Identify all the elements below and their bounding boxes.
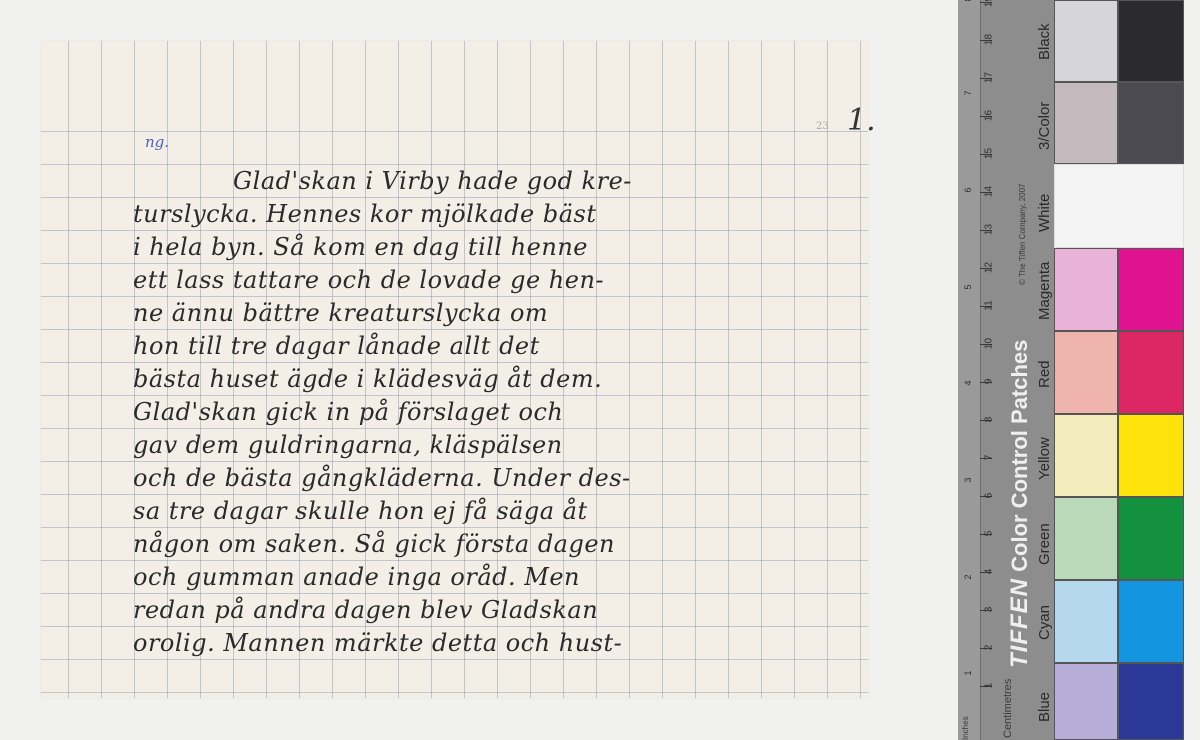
cm-tick-label: 4 <box>984 565 995 579</box>
page-header-area <box>41 41 868 131</box>
handwritten-line: hon till tre dagar lånade allt det <box>133 332 540 360</box>
patch-blue-light <box>1054 663 1118 740</box>
handwritten-line: i hela byn. Så kom en dag till henne <box>133 233 588 261</box>
patch-green-dark <box>1118 497 1184 580</box>
cm-tick-label: 15 <box>984 147 995 161</box>
patch-black-light <box>1054 0 1118 82</box>
cm-tick-label: 6 <box>984 489 995 503</box>
patch-label-blue: Blue <box>1036 692 1053 722</box>
cm-tick-label: 18 <box>984 33 995 47</box>
patch-yellow-dark <box>1118 414 1184 497</box>
handwritten-line: och gumman anade inga oråd. Men <box>133 563 580 591</box>
inch-tick-label: 4 <box>963 377 973 389</box>
patch-label-yellow: Yellow <box>1036 437 1053 480</box>
inch-scale <box>958 0 981 740</box>
patch-label-green: Green <box>1036 523 1053 565</box>
patch-black-dark <box>1118 0 1184 82</box>
archival-annotation: ng. <box>145 133 169 151</box>
patch-cyan-dark <box>1118 580 1184 663</box>
cm-tick-label: 1 <box>984 679 995 693</box>
handwritten-line: turslycka. Hennes kor mjölkade bäst <box>133 200 596 228</box>
inch-tick-label: 6 <box>963 184 973 196</box>
patch-green-light <box>1054 497 1118 580</box>
patch-yellow-light <box>1054 414 1118 497</box>
handwritten-line: någon om saken. Så gick första dagen <box>133 530 615 558</box>
chart-brand-title: TIFFEN Color Control Patches <box>1006 340 1034 668</box>
cm-tick-label: 3 <box>984 603 995 617</box>
chart-title: Color Control Patches <box>1007 340 1032 572</box>
patch-red-dark <box>1118 331 1184 414</box>
patch-red-light <box>1054 331 1118 414</box>
patch-label-cyan: Cyan <box>1036 605 1053 640</box>
patch-label-black: Black <box>1036 23 1053 60</box>
inch-tick-label: 2 <box>963 571 973 583</box>
ruler-strip: 1 2 3 4 5 6 7 8 9 10 11 12 13 14 15 16 1… <box>958 0 1054 740</box>
page-mark: 1. <box>847 103 876 138</box>
inch-tick-label: 1 <box>963 667 973 679</box>
handwritten-line: redan på andra dagen blev Gladskan <box>133 596 598 624</box>
patch-3color-light <box>1054 82 1118 164</box>
color-control-chart: 1 2 3 4 5 6 7 8 9 10 11 12 13 14 15 16 1… <box>958 0 1200 740</box>
handwritten-line: Glad'skan i Virby hade god kre- <box>233 167 632 195</box>
handwritten-line: gav dem guldringarna, kläspälsen <box>133 431 563 459</box>
patch-magenta-light <box>1054 248 1118 331</box>
cm-tick-label: 19 <box>984 0 995 9</box>
manuscript-page: ng. 23 1. Glad'skan i Virby hade god kre… <box>41 41 868 698</box>
handwritten-line: ne ännu bättre kreaturslycka om <box>133 299 548 327</box>
tiffen-logo: TIFFEN <box>1006 578 1033 668</box>
cm-tick-label: 17 <box>984 71 995 85</box>
patch-label-red: Red <box>1036 360 1053 388</box>
cm-tick-label: 14 <box>984 185 995 199</box>
cm-tick-label: 2 <box>984 641 995 655</box>
patch-cyan-light <box>1054 580 1118 663</box>
handwritten-line: sa tre dagar skulle hon ej få säga åt <box>133 497 588 525</box>
inch-tick-label: 7 <box>963 87 973 99</box>
copyright-text: © The Tiffen Company, 2007 <box>1018 183 1027 285</box>
centimetres-label: Centimetres <box>1002 679 1014 738</box>
cm-tick-label: 8 <box>984 413 995 427</box>
page-number-stamp: 23 <box>816 121 829 132</box>
cm-tick-label: 5 <box>984 527 995 541</box>
patch-blue-dark <box>1118 663 1184 740</box>
cm-tick-label: 10 <box>984 337 995 351</box>
patch-3color-dark <box>1118 82 1184 164</box>
patch-label-3color: 3/Color <box>1036 102 1053 150</box>
handwritten-line: och de bästa gångkläderna. Under des- <box>133 464 631 492</box>
inch-tick-label: 5 <box>963 281 973 293</box>
inch-tick-label: 3 <box>963 474 973 486</box>
handwritten-line: orolig. Mannen märkte detta och hust- <box>133 629 622 657</box>
cm-tick-label: 12 <box>984 261 995 275</box>
cm-tick-label: 11 <box>984 299 995 313</box>
inches-label: Inches <box>961 716 970 740</box>
cm-tick-label: 7 <box>984 451 995 465</box>
cm-tick-label: 16 <box>984 109 995 123</box>
cm-tick-label: 13 <box>984 223 995 237</box>
patch-white <box>1054 164 1184 248</box>
inch-tick-label: 8 <box>963 0 973 5</box>
patch-label-white: White <box>1036 194 1053 232</box>
patch-magenta-dark <box>1118 248 1184 331</box>
cm-tick-label: 9 <box>984 375 995 389</box>
handwritten-line: ett lass tattare och de lovade ge hen- <box>133 266 604 294</box>
patch-label-magenta: Magenta <box>1036 262 1053 320</box>
handwritten-line: bästa huset ägde i klädesväg åt dem. <box>133 365 602 393</box>
handwritten-line: Glad'skan gick in på förslaget och <box>133 398 563 426</box>
